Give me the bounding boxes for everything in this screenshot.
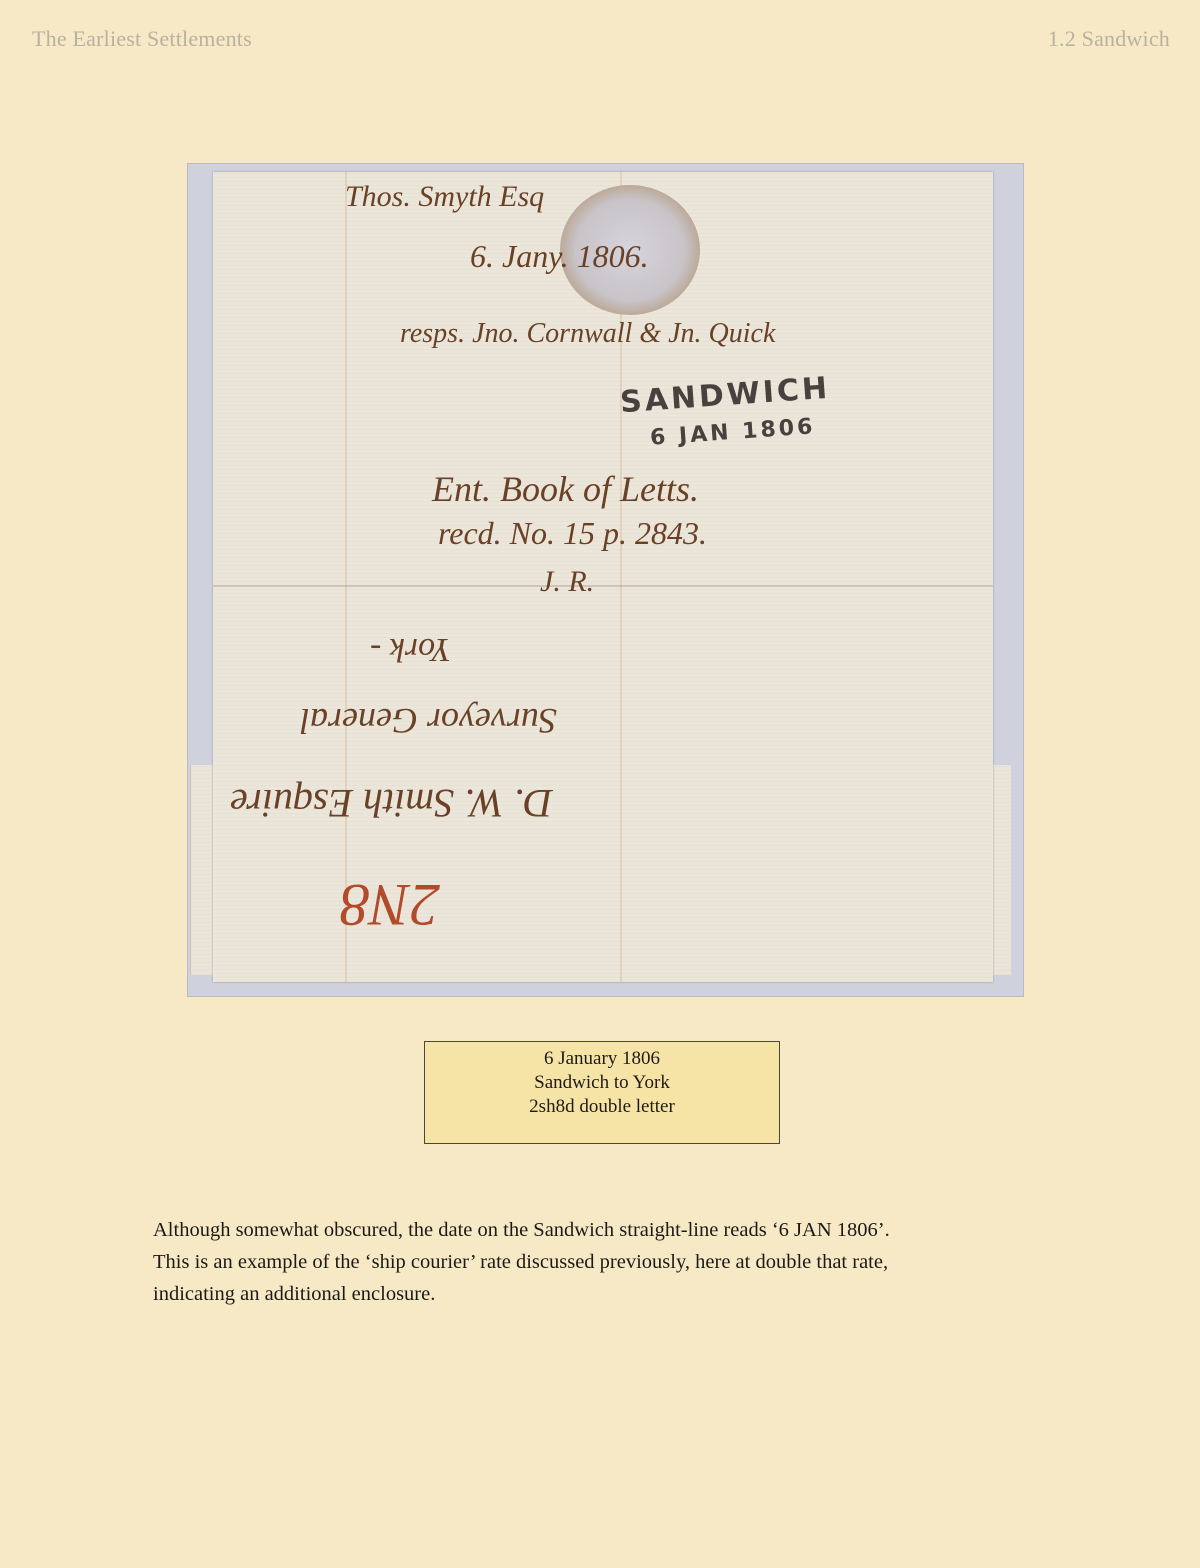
fold-line xyxy=(213,585,993,587)
caption-rate: 2sh8d double letter xyxy=(425,1095,779,1119)
description-text: Although somewhat obscured, the date on … xyxy=(153,1214,1073,1310)
address-line: Surveyor General xyxy=(300,700,557,742)
description-line: Although somewhat obscured, the date on … xyxy=(153,1214,1073,1246)
docket-line: Thos. Smyth Esq xyxy=(345,180,544,214)
section-title: The Earliest Settlements xyxy=(32,26,252,52)
caption-box: 6 January 1806 Sandwich to York 2sh8d do… xyxy=(424,1041,780,1144)
address-line: York - xyxy=(370,630,451,668)
docket-line: resps. Jno. Cornwall & Jn. Quick xyxy=(400,318,775,350)
docket-line: Ent. Book of Letts. xyxy=(432,468,699,510)
description-line: indicating an additional enclosure. xyxy=(153,1278,1073,1310)
caption-date: 6 January 1806 xyxy=(425,1047,779,1071)
description-line: This is an example of the ‘ship courier’… xyxy=(153,1246,1073,1278)
docket-line: J. R. xyxy=(540,565,594,599)
caption-route: Sandwich to York xyxy=(425,1071,779,1095)
docket-line: 6. Jany. 1806. xyxy=(470,238,649,275)
fold-line xyxy=(345,172,347,982)
rate-marking: 2N8 xyxy=(340,870,440,939)
address-line: D. W. Smith Esquire xyxy=(230,780,553,827)
docket-line: recd. No. 15 p. 2843. xyxy=(438,515,707,552)
subsection-title: 1.2 Sandwich xyxy=(1048,26,1170,52)
